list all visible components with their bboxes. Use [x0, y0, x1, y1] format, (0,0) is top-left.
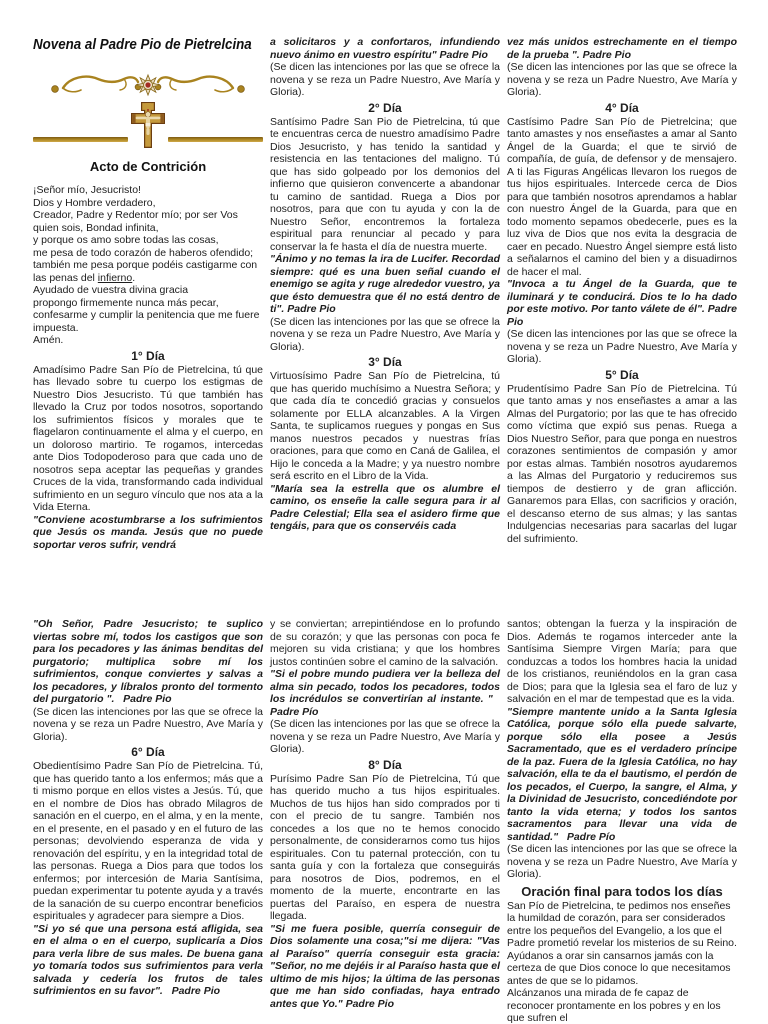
paragraph: (Se dicen las intenciones por las que se…: [507, 328, 737, 366]
prayer-line: me pesa de todo corazón de haberos ofend…: [33, 247, 263, 260]
paragraph: (Se dicen las intenciones por las que se…: [33, 706, 263, 744]
paragraph: Amadísimo Padre San Pío de Pietrelcina, …: [33, 364, 263, 514]
paragraph: San Pío de Pietrelcina, te pedimos nos e…: [507, 900, 737, 988]
document-page: Novena al Padre Pio de Pietrelcina: [0, 0, 768, 1024]
san-damiano-crucifix-icon: [131, 102, 165, 148]
page1-column-3: vez más unidos estrechamente en el tiemp…: [507, 36, 737, 551]
quote-text: "Invoca a tu Ángel de la Guarda, que te …: [507, 278, 737, 328]
paragraph: Purísimo Padre San Pío de Pietrelcina, T…: [270, 773, 500, 923]
day-heading: 2° Día: [270, 101, 500, 115]
quote-text: "Ánimo y no temas la ira de Lucifer. Rec…: [270, 253, 500, 316]
paragraph: (Se dicen las intenciones por las que se…: [270, 61, 500, 99]
final-prayer-heading: Oración final para todos los días: [507, 884, 737, 899]
header-decoration: [33, 71, 263, 99]
quote-text: a solicitaros y a confortaros, infundien…: [270, 36, 500, 61]
paragraph: Alcánzanos una mirada de fe capaz de rec…: [507, 987, 737, 1024]
acto-prayer-lines: ¡Señor mío, Jesucristo!Dios y Hombre ver…: [33, 184, 263, 347]
gold-flourish-ornament-icon: [50, 71, 246, 99]
paragraph: Virtuosísimo Padre San Pío de Pietrelcin…: [270, 370, 500, 483]
day-heading: 1° Día: [33, 349, 263, 363]
quote-text: "Siempre mantente unido a la Santa Igles…: [507, 706, 737, 844]
page1-col1-blocks: 1° DíaAmadísimo Padre San Pío de Pietrel…: [33, 349, 263, 552]
quote-text: "Si el pobre mundo pudiera ver la bellez…: [270, 668, 500, 718]
page2-column-1: "Oh Señor, Padre Jesucristo; te suplico …: [33, 618, 263, 1024]
acto-de-contricion-heading: Acto de Contrición: [33, 159, 263, 175]
prayer-line: Amén.: [33, 334, 263, 347]
paragraph: (Se dicen las intenciones por las que se…: [507, 843, 737, 881]
underlined-word: infierno: [98, 272, 132, 284]
paragraph: Prudentísimo Padre San Pío de Pietrelcin…: [507, 383, 737, 546]
quote-text: vez más unidos estrechamente en el tiemp…: [507, 36, 737, 61]
day-heading: 3° Día: [270, 355, 500, 369]
page2-section: "Oh Señor, Padre Jesucristo; te suplico …: [33, 618, 739, 1024]
page1-column-2: a solicitaros y a confortaros, infundien…: [270, 36, 500, 551]
divider-bar-left: [33, 137, 128, 142]
page2-column-3: santos; obtengan la fuerza y la inspirac…: [507, 618, 737, 1024]
paragraph: (Se dicen las intenciones por las que se…: [270, 718, 500, 756]
star-medallion-icon: [136, 75, 160, 95]
prayer-line: y porque os amo sobre todas las cosas,: [33, 234, 263, 247]
page1-column-1: Novena al Padre Pio de Pietrelcina: [33, 36, 263, 551]
day-heading: 4° Día: [507, 101, 737, 115]
divider-bar-right: [168, 137, 263, 142]
quote-text: "Si me fuera posible, querría conseguir …: [270, 923, 500, 1011]
quote-text: "Oh Señor, Padre Jesucristo; te suplico …: [33, 618, 263, 706]
quote-text: "Si yo sé que una persona está afligida,…: [33, 923, 263, 998]
page2-column-2: y se conviertan; arrepintiéndose en lo p…: [270, 618, 500, 1024]
paragraph: Obedientísimo Padre San Pío de Pietrelci…: [33, 760, 263, 923]
page1-section: Novena al Padre Pio de Pietrelcina: [33, 36, 739, 551]
paragraph: (Se dicen las intenciones por las que se…: [507, 61, 737, 99]
day-heading: 5° Día: [507, 368, 737, 382]
prayer-line: ¡Señor mío, Jesucristo!: [33, 184, 263, 197]
paragraph: (Se dicen las intenciones por las que se…: [270, 316, 500, 354]
paragraph: Santísimo Padre San Pio de Pietrelcina, …: [270, 116, 500, 254]
prayer-line: Creador, Padre y Redentor mío; por ser V…: [33, 209, 263, 234]
quote-text: "María sea la estrella que os alumbre el…: [270, 483, 500, 533]
crucifix-divider-row: [33, 102, 263, 150]
prayer-line: confesarme y cumplir la penitencia que m…: [33, 309, 263, 334]
paragraph: Castísimo Padre San Pío de Pietrelcina; …: [507, 116, 737, 279]
quote-text: "Conviene acostumbrarse a los sufrimient…: [33, 514, 263, 552]
prayer-line: Ayudado de vuestra divina gracia: [33, 284, 263, 297]
prayer-line: propongo firmemente nunca más pecar,: [33, 297, 263, 310]
prayer-line: Dios y Hombre verdadero,: [33, 197, 263, 210]
paragraph: santos; obtengan la fuerza y la inspirac…: [507, 618, 737, 706]
day-heading: 8° Día: [270, 758, 500, 772]
page-title: Novena al Padre Pio de Pietrelcina: [33, 36, 245, 55]
paragraph: y se conviertan; arrepintiéndose en lo p…: [270, 618, 500, 668]
day-heading: 6° Día: [33, 745, 263, 759]
prayer-line: también me pesa porque podéis castigarme…: [33, 259, 263, 284]
